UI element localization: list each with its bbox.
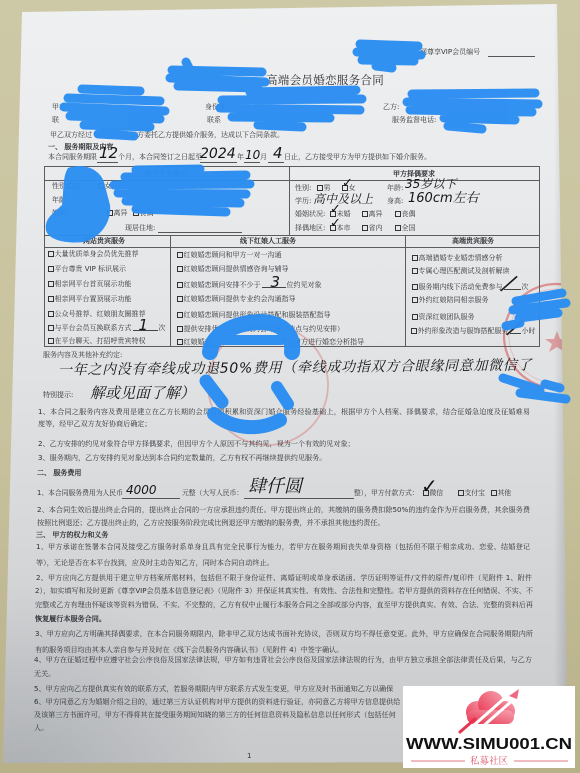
site-watermark: WWW.SIMU001.CN 私募社区 [403, 686, 575, 768]
clause-line: 3、服务期内，乙方安排约见对象达到本合同约定数量的，乙方有权不再继续提供约见服务… [38, 453, 326, 463]
payment-option: 微信 [423, 489, 443, 498]
table-divider [405, 235, 406, 347]
checkbox [177, 312, 183, 318]
profile-marital-option: 离异 [107, 209, 128, 218]
party-a-contact-label: 联 [52, 116, 59, 125]
profile-marital-option: 丧偶 [133, 209, 154, 218]
req-marital-option: 离异 [362, 210, 383, 219]
term-month-blank [244, 162, 260, 163]
clause-line: 度等，经甲乙双方友好协商后确定； [38, 419, 152, 429]
term-text-month: 月 [260, 153, 267, 162]
services-col-online-header: 网站贵宾服务 [83, 237, 125, 246]
service-count-blank: / [504, 283, 521, 290]
req-height-label: 身高: [387, 197, 403, 206]
supplement-label: 服务内容及其他补充约定: [43, 351, 122, 360]
service-item: 平台尊贵 VIP 标识展示 [48, 265, 126, 274]
party-b-label: 乙方: [383, 103, 399, 112]
checkbox [411, 328, 417, 334]
table-divider [44, 180, 540, 181]
checkbox [423, 490, 429, 496]
checkbox [48, 311, 54, 317]
service-item: 大量优质单身会员优先推荐 [48, 250, 139, 259]
profile-gender-option: 女 [98, 182, 112, 191]
service-item: 外约形象改造与服饰搭配服务/小时 [411, 327, 536, 336]
fee-words-blank [244, 498, 354, 499]
checkbox [342, 185, 348, 191]
cloud-arrow-logo-icon [460, 689, 519, 732]
checkbox [177, 339, 183, 345]
checkbox [177, 252, 183, 258]
checkbox [48, 296, 54, 302]
service-item-continued: 的约会环境（地点与约见安排） [246, 325, 344, 334]
service-item: 红娘婚恋 [177, 338, 212, 347]
service-item: 公众号推荐、红娘朋友圈推荐 [48, 310, 146, 319]
checkbox [395, 225, 401, 231]
checkbox [48, 266, 54, 272]
req-education-value: 高中及以上 [313, 193, 373, 205]
checkbox [133, 210, 139, 216]
checkbox [98, 183, 104, 189]
profile-age-label: 年龄: [52, 196, 68, 205]
clause-line: 6、甲方同意乙方为婚姻介绍之目的，通过第三方认证机构对甲方提供的资料进行验证，亦… [34, 697, 400, 707]
special-notice-label: 特别提示: [43, 391, 73, 400]
checkbox [362, 211, 368, 217]
services-col-premium-header: 高端贵宾服务 [452, 237, 494, 246]
table-divider [44, 235, 540, 236]
watermark-url: WWW.SIMU001.CN [406, 736, 572, 753]
supervision-phone-label: 服务监督电话: [392, 116, 436, 125]
table-divider [289, 166, 290, 235]
clause-line: 有的服务项目均由其本人亲自参与并及时在《线下会员服务内容确认书》（见附件 4）中… [35, 645, 343, 655]
vip-number-label: 网尊享VIP会员编号 [420, 48, 480, 57]
profile-residence-blank [158, 232, 242, 233]
page-number: 1 [247, 752, 251, 761]
clause-line: 无关。 [34, 669, 55, 679]
profile-left-header: 甲方个人情况 [145, 170, 187, 179]
term-month-value: 10 [245, 149, 260, 161]
req-marital-option: 丧偶 [395, 210, 416, 219]
service-item: 提供安排优 [177, 325, 219, 334]
service-item: 红娘婚恋顾问安排不少于3位约见对象 [177, 281, 322, 290]
clause-line: 2、乙方安排的约见对象符合甲方择偶要求，但因甲方个人原因不与其约见，视为一个有效… [38, 439, 355, 449]
table-divider [170, 235, 171, 347]
term-text-end: 日止，乙方接受甲方为甲方提供如下婚介服务。 [284, 153, 431, 162]
checkbox [48, 251, 54, 257]
service-item-continued: 并对甲方进行婚恋分析指导 [280, 338, 364, 347]
fee-amount-blank [122, 498, 180, 499]
checkbox [177, 326, 183, 332]
service-item: 资深红娘团队服务 [412, 313, 475, 322]
req-region-option: 全国 [395, 224, 416, 233]
service-item: 红娘婚恋顾问提供专业约会沟通指导 [177, 295, 296, 304]
term-prefix: 本合同服务期限 [48, 153, 97, 162]
req-gender-label: 性别: [295, 184, 311, 193]
fee-text-2: 整），甲方付款方式： [354, 489, 419, 498]
checkbox [458, 490, 464, 496]
payment-option: 支付宝 [458, 489, 485, 498]
service-count-blank: 1 [133, 324, 158, 331]
checkbox [317, 185, 323, 191]
profile-residence-label: 现居住地: [125, 224, 155, 233]
service-item: 相亲网平台置顶展示功能 [48, 295, 132, 304]
req-age-label: 年龄: [387, 184, 403, 193]
checkbox [412, 314, 418, 320]
checkbox [412, 268, 418, 274]
fee-text-1: 元整（大写人民币： [182, 489, 243, 498]
service-item: 红娘婚恋顾问和甲方一对一沟通 [177, 251, 282, 260]
checkbox [362, 225, 368, 231]
intro-suffix: 方委托乙方提供婚介服务，达成以下合同条款。 [137, 131, 284, 140]
checkbox [107, 210, 113, 216]
req-height-value: 160cm左右 [408, 192, 479, 205]
table-divider [44, 247, 540, 248]
clause-line: 5、甲方应向乙方提供真实有效的联系方式，若服务期限内甲方联系方式发生变更，甲方应… [34, 684, 393, 694]
profile-gender-option: 男 [68, 182, 82, 191]
checkbox [412, 284, 418, 290]
seal-star-icon [545, 331, 569, 352]
clause-line: 及该第三方书面许可，甲方不得将其在接受服务期间知晓的第三方的任何信息资料及隐私信… [34, 710, 396, 720]
clause-line: 人。 [34, 723, 48, 733]
checkbox [48, 325, 54, 331]
clause-line: 4、甲方在征婚过程中应遵守社会公序良俗及国家法律法规，甲方如有违背社会公序良俗及… [34, 655, 532, 665]
fee-amount-value: 4000 [126, 484, 157, 496]
clause-line: 1、甲方承诺在签署本合同及接受乙方服务时系单身且具有完全民事行为能力，若甲方在服… [36, 542, 530, 552]
supplement-handwritten-line: 解或见面了解） [90, 386, 195, 401]
checkbox [395, 211, 401, 217]
party-a-phone-label: 联系 [207, 116, 221, 125]
profile-gender-label: 性别: [52, 182, 68, 191]
checkbox [177, 282, 183, 288]
checkbox [177, 266, 183, 272]
service-item: 高端猎婚专业婚恋情感分析 [412, 254, 503, 263]
term-year-value: 2024 [200, 147, 236, 161]
fee-prefix: 1、本合同服务费用为人民币 [37, 489, 123, 498]
service-item: 相亲网平台首页展示功能 [48, 280, 132, 289]
clause-line: 完整或乙方有理由怀疑该等资料为错误、不实、不完整的，乙方有权中止履行本服务合同之… [35, 600, 533, 610]
section-3-title: 三、 甲方的权力和义务 [36, 531, 108, 540]
clause-line: 等），无论是否在本平台找到，应及时主动告知乙方，同时本合同自动终止。 [36, 558, 274, 568]
clause-line: 1、本合同之服务内容及费用是建立在乙方长期的会员资源积累和资深门婚介服务经验基础… [38, 407, 530, 417]
checkbox [491, 490, 497, 496]
checkbox [330, 225, 336, 231]
clause-line: 3、甲方应向乙方明确其择偶要求，在本合同服务期限内，除非甲乙双方达成书面补充协议… [35, 629, 533, 639]
req-education-label: 学历: [295, 197, 311, 206]
checkbox [48, 281, 54, 287]
clause-line: 按照比例退还；乙方提出终止的，乙方应按服务阶段完成比例退还甲方缴纳的服务费，并不… [37, 518, 385, 528]
service-item: 红娘婚恋顾问提供形象设计搭配和服装搭配指导 [177, 311, 331, 320]
term-months-value: 12 [99, 146, 118, 161]
service-item: 在平台聊天、打招呼贵宾特权 [48, 337, 146, 346]
req-age-value: 35岁以下 [405, 178, 456, 190]
term-day-value: 4 [273, 146, 283, 161]
clause-line: 2），如实填写和及时更新《尊享VIP会员基本信息登记表》（见附件 3）并保证其真… [35, 586, 533, 596]
term-months-blank [97, 162, 118, 163]
term-year-blank [200, 162, 237, 163]
clause-line: 2、甲方应向乙方提供用于建立甲方档案所需材料，包括但不限于身份证件、离婚证明或单… [36, 573, 532, 583]
service-item: 与平台会员互换联系方式1次 [48, 324, 166, 333]
clause-line: 2、本合同生效后提出终止合同的，提出终止合同的一方应承担违约责任。甲方提出终止的… [37, 505, 530, 515]
req-region-label: 择偶地区: [295, 224, 325, 233]
req-region-option: 省内 [362, 224, 383, 233]
party-a-label: 甲方: [52, 103, 68, 112]
contract-title: 高端会员婚恋服务合同 [266, 74, 384, 87]
profile-marital-label: 婚姻: [52, 209, 68, 218]
service-item: 外约红娘陪同相亲服务 [412, 296, 489, 305]
section-2-title: 二、 服务费用 [37, 469, 81, 478]
service-count-blank: / [510, 327, 521, 334]
services-col-offline-header: 线下红娘人工服务 [240, 237, 296, 246]
service-count-value: 1 [139, 318, 149, 333]
checkbox [68, 183, 74, 189]
service-count-value: 3 [271, 275, 281, 290]
fee-amount-in-words: 肆仟圆 [248, 478, 302, 496]
service-count-blank: 3 [262, 281, 286, 288]
req-marital-label: 婚姻状况: [295, 210, 325, 219]
service-item: 服务期内线下活动免费参与/次 [412, 283, 529, 292]
req-region-option: 本市 [330, 224, 351, 233]
term-text-year: 年 [237, 153, 244, 162]
clause-line: 恢复履行本服务合同。 [35, 614, 106, 624]
payment-option: 其他 [491, 489, 511, 498]
service-item: 专属心理匹配测试及剖析解读 [412, 267, 510, 276]
checkbox [412, 255, 418, 261]
checkbox [412, 297, 418, 303]
party-a-id-label: 身份证 [205, 103, 226, 112]
watermark-name: 私募社区 [470, 755, 509, 767]
term-text-1: 个月，本合同签订之日起至 [118, 153, 202, 162]
checkbox [48, 338, 54, 344]
checkbox [177, 296, 183, 302]
intro-prefix: 甲乙双方经过 [50, 131, 92, 140]
vip-number-blank [488, 56, 535, 57]
term-day-blank [268, 162, 284, 163]
